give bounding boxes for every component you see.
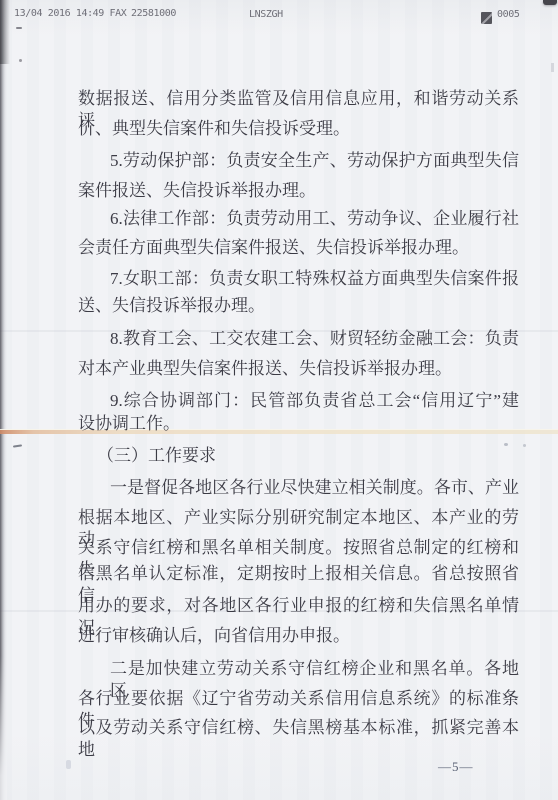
document-line: 6.法律工作部：负责劳动用工、劳动争议、企业履行社 <box>110 208 519 230</box>
document-line: 关系守信红榜和黑名单相关制度。按照省总制定的红榜和失 <box>78 537 519 559</box>
document-line: 数据报送、信用分类监管及信用信息应用，和谐劳动关系评 <box>78 88 519 110</box>
scan-left-edge-shadow <box>0 0 7 800</box>
fax-page-counter: 0005 <box>497 9 519 20</box>
scan-mark <box>16 27 22 29</box>
document-line: 送、失信投诉举报办理。 <box>78 295 265 317</box>
document-line: 8.教育工会、工交农建工会、财贸轻纺金融工会：负责 <box>110 328 519 350</box>
document-line: 会责任方面典型失信案件报送、失信投诉举报办理。 <box>78 237 469 259</box>
scan-top-left-shadow <box>0 0 10 64</box>
scan-mark <box>504 443 508 446</box>
document-line: 5.劳动保护部：负责安全生产、劳动保护方面典型失信 <box>110 150 519 172</box>
fax-number: 22581000 <box>131 8 176 19</box>
document-line: 信黑名单认定标准，定期按时上报相关信息。省总按照省信 <box>78 563 519 585</box>
document-section-heading: （三）工作要求 <box>97 445 216 467</box>
document-line: 用办的要求，对各地区各行业申报的红榜和失信黑名单情况 <box>78 595 519 617</box>
scan-mark <box>523 444 526 447</box>
page-number: —5— <box>438 759 474 775</box>
document-line: 9.综合协调部门：民管部负责省总工会“信用辽宁”建 <box>110 390 519 412</box>
document-line: 7.女职工部：负责女职工特殊权益方面典型失信案件报 <box>110 268 519 290</box>
scan-mark <box>66 760 71 769</box>
document-line: 价、典型失信案件和失信投诉受理。 <box>78 118 350 140</box>
document-line: 设协调工作。 <box>78 413 180 435</box>
document-line: 二是加快建立劳动关系守信红榜企业和黑名单。各地区、 <box>110 658 519 680</box>
document-line: 对本产业典型失信案件报送、失信投诉举报办理。 <box>78 358 452 380</box>
document-line: 根据本地区、产业实际分别研究制定本地区、本产业的劳动 <box>78 507 519 529</box>
document-line: 案件报送、失信投诉举报办理。 <box>78 180 316 202</box>
fax-page-counter-icon <box>481 12 492 24</box>
document-line: 进行审核确认后，向省信用办申报。 <box>78 625 350 647</box>
document-line: 各行业要依据《辽宁省劳动关系信用信息系统》的标准条件 <box>78 688 519 710</box>
scan-mark <box>551 63 554 72</box>
scan-top-right-smudge <box>543 0 557 5</box>
document-line: 以及劳动关系守信红榜、失信黑榜基本标准，抓紧完善本地 <box>78 717 519 739</box>
fax-sender-id: LNSZGH <box>249 9 283 20</box>
fax-timestamp: 13/04 2016 14:49 FAX <box>14 8 126 19</box>
document-line: 一是督促各地区各行业尽快建立相关制度。各市、产业 <box>110 477 519 499</box>
scan-mark <box>19 59 22 62</box>
